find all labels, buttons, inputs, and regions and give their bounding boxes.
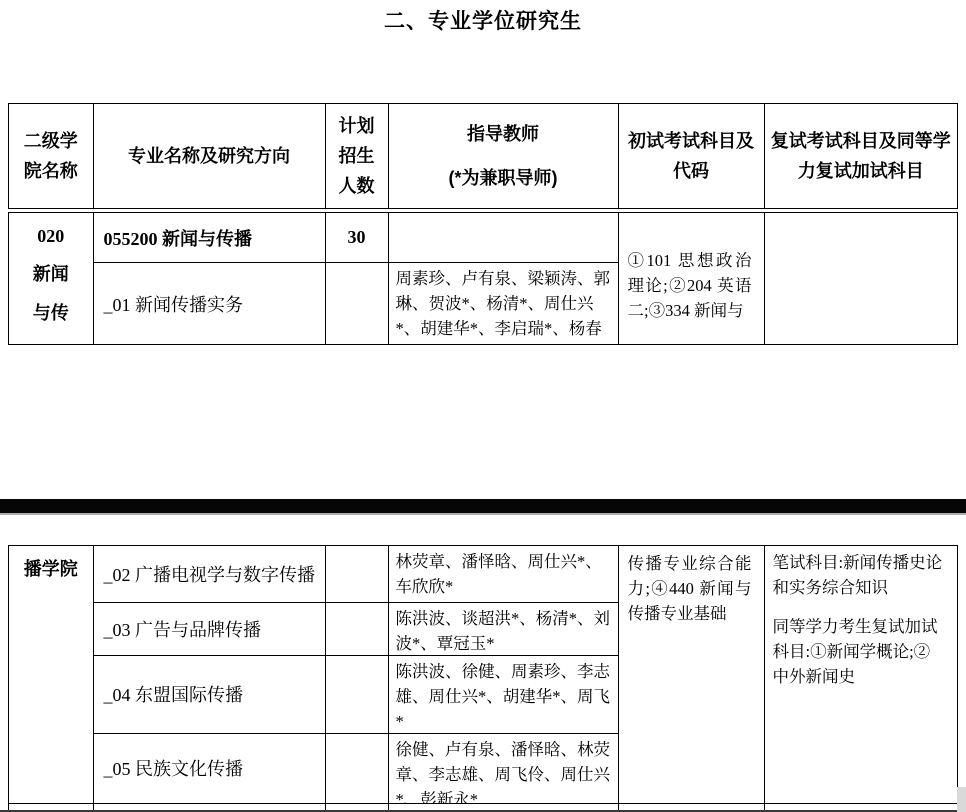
college-cell-page2: 播学院 <box>9 546 93 803</box>
plan-cell-055200: 30 <box>325 213 388 262</box>
table-body-page2: 播学院 _02 广播电视学与数字传播 林荧章、潘怿晗、周仕兴*、车欣欣* _03… <box>8 545 958 812</box>
initial-exam-cell-page2: 传播专业综合能力;④440 新闻与传播专业基础 <box>618 546 764 803</box>
retest-cell-page2: 笔试科目:新闻传播史论和实务综合知识 同等学力考生复试加试科目:①新闻学概论;②… <box>764 546 958 803</box>
major-cell-03: _03 广告与品牌传播 <box>93 602 325 655</box>
retest-cell-page1 <box>764 213 958 344</box>
advisors-cell-04: 陈洪波、徐健、周素珍、李志雄、周仕兴*、胡建华*、周飞* <box>388 655 618 733</box>
major-cell-05: _05 民族文化传播 <box>93 733 325 803</box>
major-cell-01: _01 新闻传播实务 <box>93 262 325 344</box>
header-cell-college: 二级学院名称 <box>9 104 93 208</box>
page-title: 二、专业学位研究生 <box>0 5 966 35</box>
college-cell-page1: 020 新闻 与传 <box>9 213 93 344</box>
advisor-note: (*为兼职导师) <box>449 163 558 193</box>
advisors-cell-01: 周素珍、卢有泉、梁颖涛、郭琳、贺波*、杨清*、周仕兴*、胡建华*、李启瑞*、杨春… <box>388 262 618 344</box>
page-break-bar <box>0 499 966 513</box>
table-body-page1: 020 新闻 与传 055200 新闻与传播 30 _01 新闻传播实务 周素珍… <box>8 212 958 345</box>
major-cell-02: _02 广播电视学与数字传播 <box>93 546 325 602</box>
scrollbar-thumb[interactable] <box>957 787 966 812</box>
plan-cell-03 <box>325 602 388 655</box>
retest-addon-subjects: 同等学力考生复试加试科目:①新闻学概论;②中外新闻史 <box>773 614 944 689</box>
header-cell-plan: 计划招生人数 <box>325 104 388 208</box>
advisors-cell-03: 陈洪波、谈超洪*、杨清*、刘波*、覃冠玉* <box>388 602 618 655</box>
advisors-cell-05: 徐健、卢有泉、潘怿晗、林荧章、李志雄、周飞伶、周仕兴*、彭新永* <box>388 733 618 803</box>
document-page: 二、专业学位研究生 二级学院名称 专业名称及研究方向 计划招生人数 指导教师 (… <box>0 0 966 812</box>
plan-cell-04 <box>325 655 388 733</box>
initial-exam-cell-page1: ①101 思想政治理论;②204 英语二;③334 新闻与 <box>618 213 764 344</box>
header-cell-initial-exam: 初试考试科目及代码 <box>618 104 764 208</box>
major-cell-04: _04 东盟国际传播 <box>93 655 325 733</box>
plan-cell-02 <box>325 546 388 602</box>
plan-cell-05 <box>325 733 388 803</box>
major-cell-055200: 055200 新闻与传播 <box>93 213 325 262</box>
advisors-cell-02: 林荧章、潘怿晗、周仕兴*、车欣欣* <box>388 546 618 602</box>
plan-cell-01 <box>325 262 388 344</box>
page-separator-line <box>0 513 966 515</box>
advisor-title: 指导教师 <box>467 119 539 149</box>
table-header-row: 二级学院名称 专业名称及研究方向 计划招生人数 指导教师 (*为兼职导师) 初试… <box>8 103 958 209</box>
header-cell-retest: 复试考试科目及同等学力复试加试科目 <box>764 104 958 208</box>
advisors-cell-rowA <box>388 213 618 262</box>
header-cell-major: 专业名称及研究方向 <box>93 104 325 208</box>
header-cell-advisors: 指导教师 (*为兼职导师) <box>388 104 618 208</box>
retest-written-subjects: 笔试科目:新闻传播史论和实务综合知识 <box>773 550 944 600</box>
